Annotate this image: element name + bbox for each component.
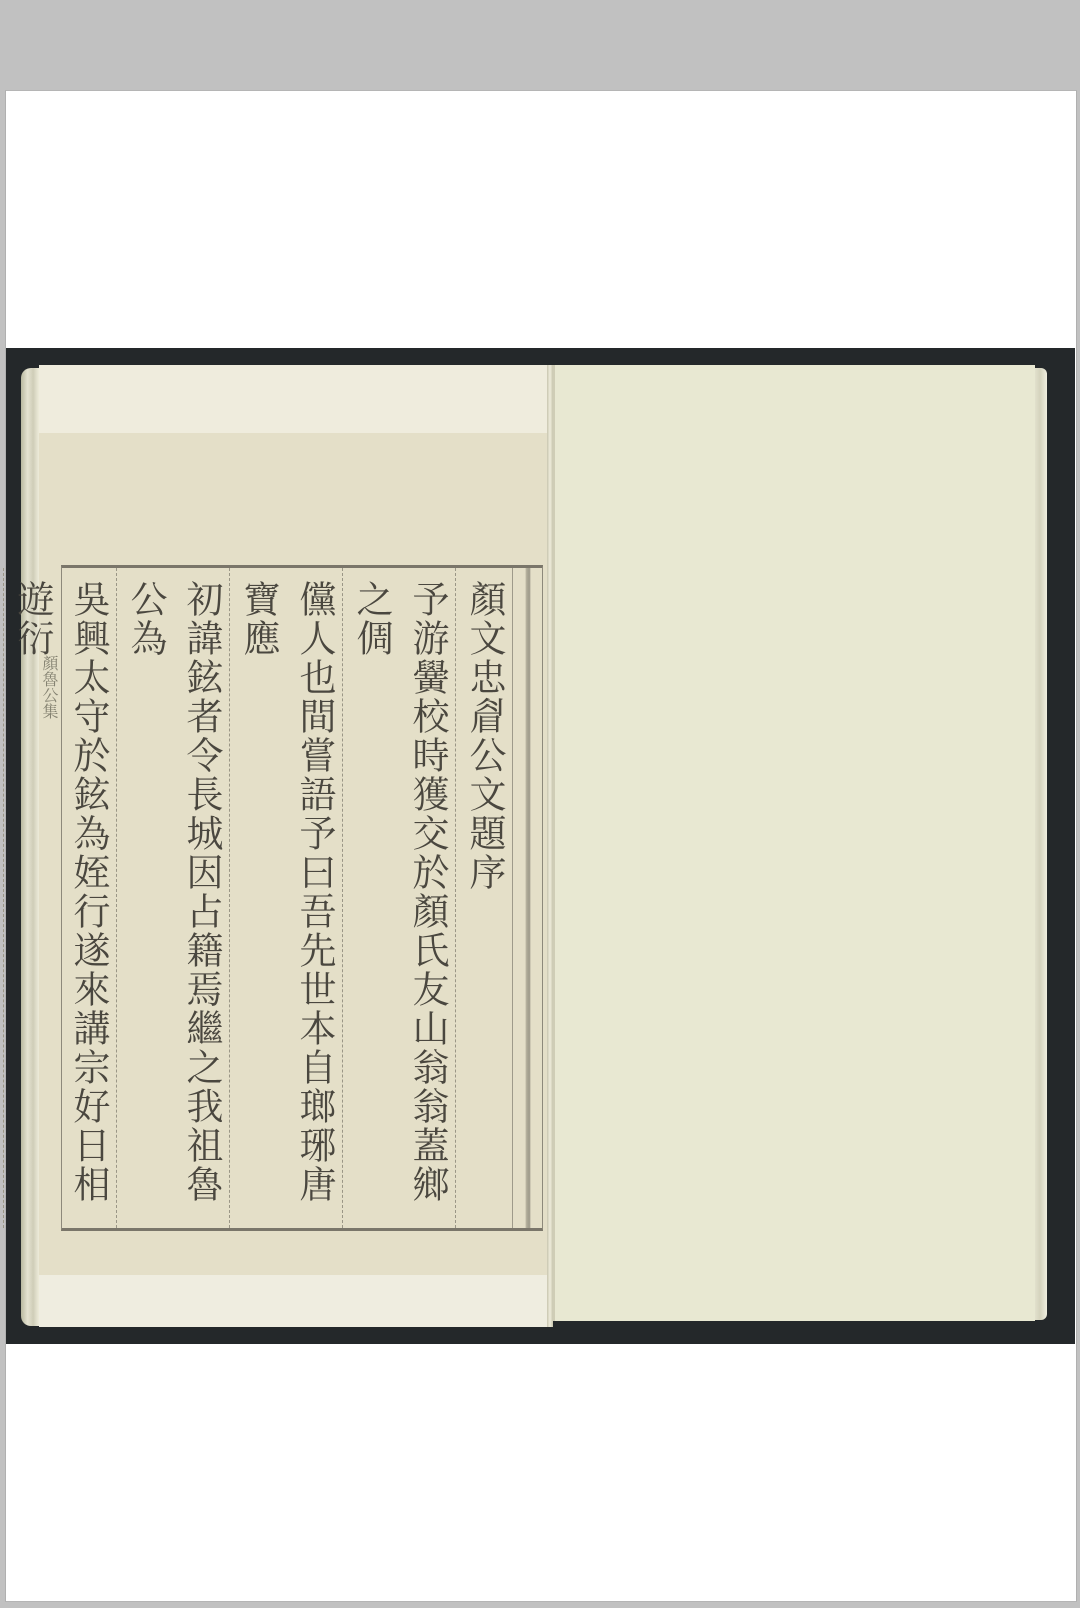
scanned-book-image: 顏魯公集 顏文忠睂公文題序 予游黌校時獲交於顏氏友山翁翁蓋鄉之倜 儻人也間嘗語予…	[6, 348, 1075, 1344]
right-page-stack	[1033, 368, 1047, 1320]
fold-center-column	[512, 568, 543, 1228]
left-page-top-margin	[39, 365, 550, 433]
left-page: 顏魯公集 顏文忠睂公文題序 予游黌校時獲交於顏氏友山翁翁蓋鄉之倜 儻人也間嘗語予…	[39, 365, 550, 1327]
text-column: 予游黌校時獲交於顏氏友山翁翁蓋鄉之倜	[342, 568, 455, 1228]
left-page-bottom-margin	[39, 1275, 550, 1327]
right-page-blank	[553, 365, 1035, 1321]
text-column: 吳興太守於鉉為姪行遂來講宗好日相遊衍	[3, 568, 116, 1228]
text-columns: 顏文忠睂公文題序 予游黌校時獲交於顏氏友山翁翁蓋鄉之倜 儻人也間嘗語予曰吾先世本…	[62, 568, 512, 1228]
column-title: 顏文忠睂公文題序	[455, 568, 512, 1228]
text-column: 初諱鉉者令長城因占籍焉繼之我祖魯公為	[116, 568, 229, 1228]
text-column: 儻人也間嘗語予曰吾先世本自瑯琊唐寶應	[229, 568, 342, 1228]
text-frame: 顏文忠睂公文題序 予游黌校時獲交於顏氏友山翁翁蓋鄉之倜 儻人也間嘗語予曰吾先世本…	[61, 565, 543, 1231]
